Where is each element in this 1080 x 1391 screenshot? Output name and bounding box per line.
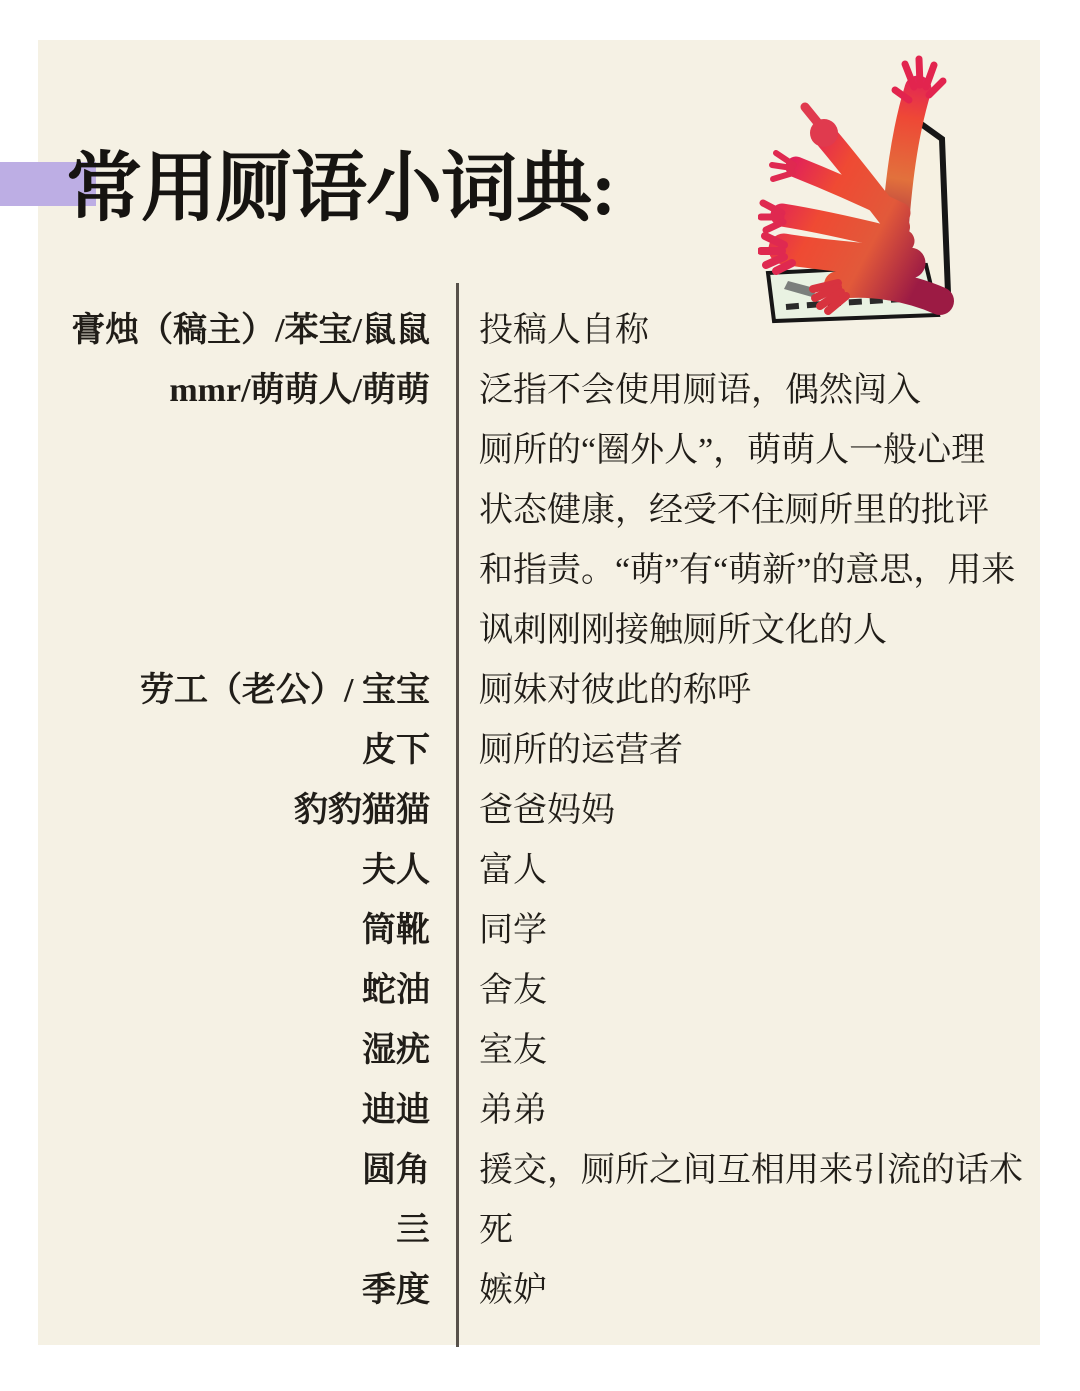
glossary-term: 迪迪 [68,1081,456,1141]
glossary-term: mmr/萌萌人/萌萌 [68,361,456,421]
glossary-definition: 援交，厕所之间互相用来引流的话术 [456,1141,1032,1201]
glossary-definition: 舍友 [456,961,1032,1021]
glossary-term: 湿疣 [68,1021,456,1081]
glossary-definition: 厕妹对彼此的称呼 [456,661,1032,721]
glossary-row: mmr/萌萌人/萌萌 泛指不会使用厕语，偶然闯入 厕所的“圈外人”，萌萌人一般心… [68,361,1032,661]
glossary-row: 劳工（老公）/ 宝宝 厕妹对彼此的称呼 [68,661,1032,721]
glossary-definition: 投稿人自称 [456,301,1032,361]
glossary-definition: 嫉妒 [456,1261,1032,1321]
glossary-row: 夫人 富人 [68,841,1032,901]
page-title: 常用厕语小词典: [66,148,706,232]
column-divider [456,283,459,1347]
glossary-row: 湿疣 室友 [68,1021,1032,1081]
glossary-term: 膏烛（稿主）/苯宝/鼠鼠 [68,301,456,361]
glossary-definition: 死 [456,1201,1032,1261]
glossary-definition: 厕所的运营者 [456,721,1032,781]
page: { "page": { "title": "常用厕语小词典:", "colors… [0,0,1080,1391]
glossary-definition: 室友 [456,1021,1032,1081]
glossary-row: 圆角 援交，厕所之间互相用来引流的话术 [68,1141,1032,1201]
glossary-row: 蛇油 舍友 [68,961,1032,1021]
glossary-term: 圆角 [68,1141,456,1201]
glossary-term: 夫人 [68,841,456,901]
glossary-row: 迪迪 弟弟 [68,1081,1032,1141]
glossary-term: 豹豹猫猫 [68,781,456,841]
glossary-definition: 富人 [456,841,1032,901]
glossary-definition: 弟弟 [456,1081,1032,1141]
glossary-term: 皮下 [68,721,456,781]
glossary-definition: 爸爸妈妈 [456,781,1032,841]
glossary-row: 皮下 厕所的运营者 [68,721,1032,781]
glossary-definition: 泛指不会使用厕语，偶然闯入 厕所的“圈外人”，萌萌人一般心理 状态健康，经受不住… [456,361,1032,661]
glossary-row: 亖 死 [68,1201,1032,1261]
glossary-row: 豹豹猫猫 爸爸妈妈 [68,781,1032,841]
glossary-definition: 同学 [456,901,1032,961]
glossary-row: 季度 嫉妒 [68,1261,1032,1321]
glossary-term: 筒靴 [68,901,456,961]
glossary-term: 亖 [68,1201,456,1261]
glossary-table: 膏烛（稿主）/苯宝/鼠鼠 投稿人自称 mmr/萌萌人/萌萌 泛指不会使用厕语，偶… [68,283,1032,1347]
glossary-term: 劳工（老公）/ 宝宝 [68,661,456,721]
glossary-term: 蛇油 [68,961,456,1021]
glossary-term: 季度 [68,1261,456,1321]
glossary-row: 膏烛（稿主）/苯宝/鼠鼠 投稿人自称 [68,301,1032,361]
glossary-row: 筒靴 同学 [68,901,1032,961]
